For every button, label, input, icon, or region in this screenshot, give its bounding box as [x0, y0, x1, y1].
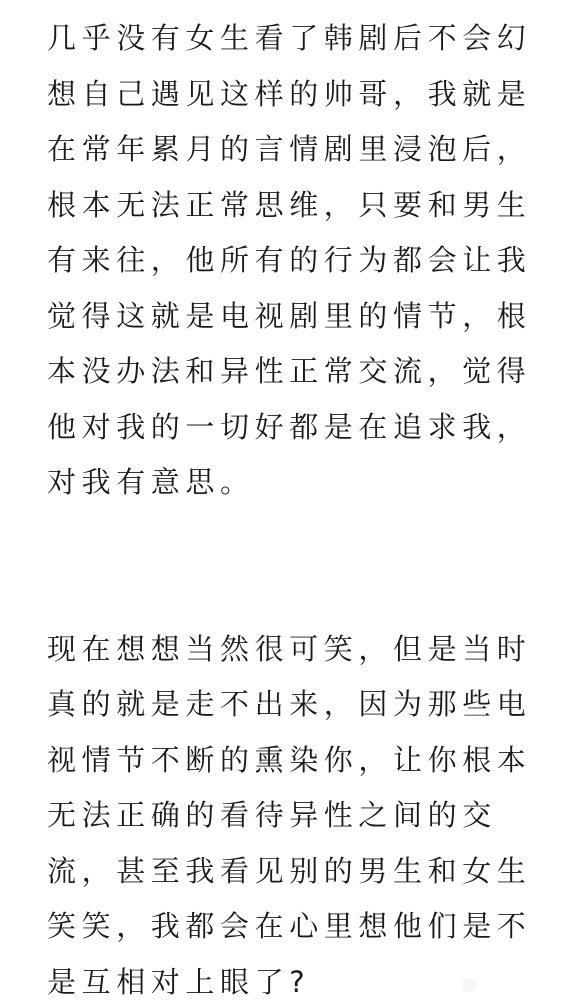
- text-line: 笑笑，我都会在心里想他们是不: [47, 899, 547, 955]
- paragraph-1: 几乎没有女生看了韩剧后不会幻 想自己遇见这样的帅哥，我就是 在常年累月的言情剧里…: [47, 11, 547, 511]
- text-line: 对我有意思。: [47, 455, 547, 511]
- text-line: 几乎没有女生看了韩剧后不会幻: [47, 11, 547, 67]
- text-line: 在常年累月的言情剧里浸泡后，: [47, 122, 547, 178]
- text-line: 想自己遇见这样的帅哥，我就是: [47, 67, 547, 123]
- paragraph-2: 现在想想当然很可笑，但是当时 真的就是走不出来，因为那些电 视情节不断的熏染你，…: [47, 622, 547, 1005]
- text-line: 根本无法正常思维，只要和男生: [47, 178, 547, 234]
- text-line: 视情节不断的熏染你，让你根本: [47, 733, 547, 789]
- text-line: 流，甚至我看见别的男生和女生: [47, 844, 547, 900]
- watermark-mark: [462, 978, 476, 992]
- text-line: 现在想想当然很可笑，但是当时: [47, 622, 547, 678]
- article-body: 几乎没有女生看了韩剧后不会幻 想自己遇见这样的帅哥，我就是 在常年累月的言情剧里…: [47, 11, 547, 1005]
- text-line: 有来往，他所有的行为都会让我: [47, 233, 547, 289]
- text-line: 真的就是走不出来，因为那些电: [47, 677, 547, 733]
- text-line: 觉得这就是电视剧里的情节，根: [47, 289, 547, 345]
- text-line: 本没办法和异性正常交流，觉得: [47, 344, 547, 400]
- text-line: 无法正确的看待异性之间的交: [47, 788, 547, 844]
- text-line: 他对我的一切好都是在追求我，: [47, 400, 547, 456]
